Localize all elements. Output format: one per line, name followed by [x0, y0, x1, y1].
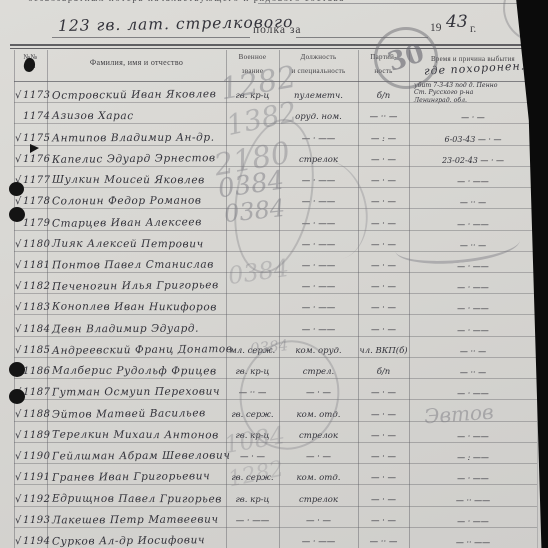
- row-name: Гутман Осмуип Перехович: [52, 386, 220, 399]
- corner-stamp-fragment: [503, 0, 548, 44]
- row-name: Шулкин Моисей Яковлев: [52, 174, 205, 187]
- row-note: — · —: [409, 113, 537, 122]
- row-party: — · —: [358, 155, 409, 165]
- row-rank: гв. кр-ц: [226, 495, 279, 505]
- row-number: 1178: [23, 196, 50, 207]
- row-party: — · —: [358, 431, 409, 441]
- row-checkmark: √: [15, 430, 21, 441]
- row-party: — · —: [358, 176, 409, 186]
- row-note: 6-03-43 — · —: [409, 135, 537, 144]
- row-name: Терелкин Михаил Антонов: [52, 428, 219, 441]
- row-party: б/п: [358, 367, 409, 377]
- row-checkmark: √: [15, 302, 21, 313]
- row-name: Гранев Иван Григорьевич: [52, 470, 210, 484]
- row-note: — ·· ——: [409, 496, 537, 505]
- row-number: 1176: [23, 154, 50, 165]
- ink-dot: [9, 362, 25, 377]
- header-text: Фамилия, имя и отчество: [47, 58, 226, 67]
- row-party: — · —: [358, 303, 409, 313]
- row-party: — · —: [358, 516, 409, 526]
- row-note: — · ——: [409, 432, 537, 441]
- row-checkmark: √: [15, 451, 21, 462]
- year-printed: 19: [430, 22, 442, 34]
- ink-dot: [9, 207, 25, 222]
- row-note: — ·· —: [409, 198, 537, 207]
- row-number: 1187: [23, 387, 50, 398]
- row-number: 1173: [23, 90, 50, 101]
- circular-stamp: 30: [374, 27, 438, 89]
- row-position: — · ——: [279, 261, 358, 271]
- row-checkmark: √: [15, 154, 21, 165]
- row-party: — ·· —: [358, 112, 409, 122]
- header-text: Военное: [226, 53, 279, 62]
- ink-mark: [30, 144, 39, 153]
- row-party: — ·· —: [358, 537, 409, 547]
- row-note: — ·· ——: [409, 538, 537, 547]
- table-row: √1194Сурков Ал-др Иосифович— · ——— ·· ——…: [14, 527, 537, 548]
- row-party: — : —: [358, 134, 409, 144]
- row-number: 1188: [23, 409, 50, 420]
- row-position: — · ——: [279, 303, 358, 313]
- row-party: — · —: [358, 388, 409, 398]
- row-note: — · ——: [409, 517, 537, 526]
- unit-underline: [52, 37, 250, 38]
- table-row: √1183Коноплев Иван Никифоров— · ——— · ——…: [14, 293, 537, 315]
- row-name: Печеногин Илья Григорьев: [52, 279, 219, 293]
- table-row: √1193Лакешев Петр Матвеевич— · ——— · —— …: [14, 506, 537, 528]
- table-row: √1192Едрищнов Павел Григорьевгв. кр-цстр…: [14, 484, 537, 506]
- row-note: — · ——: [409, 177, 537, 186]
- row-name: Островский Иван Яковлев: [52, 88, 217, 102]
- row-number: 1182: [23, 281, 50, 292]
- row-checkmark: √: [15, 90, 21, 101]
- row-checkmark: √: [15, 515, 21, 526]
- row-position: ком. отд.: [279, 473, 358, 483]
- printed-polka-za: полка за: [253, 24, 302, 36]
- row-name: Сурков Ал-др Иосифович: [52, 534, 205, 548]
- row-checkmark: √: [15, 494, 21, 505]
- row-name: Гейлшман Абрам Шевелович: [52, 450, 231, 463]
- row-party: — · —: [358, 282, 409, 292]
- row-number: 1190: [23, 451, 50, 462]
- row-note: — : ——: [409, 453, 537, 462]
- row-checkmark: √: [15, 472, 21, 483]
- row-name: Едрищнов Павел Григорьев: [52, 492, 222, 505]
- row-number: 1179: [23, 218, 50, 229]
- stamp-number: 30: [384, 38, 428, 78]
- row-checkmark: √: [15, 324, 21, 335]
- column-divider: [537, 50, 538, 548]
- scanned-document-page: безвозвратных потерь начальствующего и р…: [0, 0, 548, 548]
- row-checkmark: √: [15, 281, 21, 292]
- row-name: Старцев Иван Алексеев: [52, 216, 202, 230]
- table-row: √1184Девн Владимир Эдуард.— · ——— · —— ·…: [14, 314, 537, 336]
- row-checkmark: √: [15, 133, 21, 144]
- row-number: 1175: [23, 133, 50, 144]
- row-number: 1185: [23, 345, 50, 356]
- row-note: — ·· —: [409, 368, 537, 377]
- row-number: 1180: [23, 239, 50, 250]
- row-number: 1194: [23, 536, 50, 547]
- row-checkmark: √: [15, 260, 21, 271]
- row-position: — · ——: [279, 325, 358, 335]
- row-party: — · —: [358, 325, 409, 335]
- row-number: 1174: [23, 111, 50, 122]
- row-party: — · —: [358, 410, 409, 420]
- header-name: Фамилия, имя и отчество: [47, 58, 226, 67]
- row-note: — · ——: [409, 389, 537, 398]
- row-party: б/п: [358, 91, 409, 101]
- row-checkmark: √: [15, 239, 21, 250]
- double-rule-top: [10, 44, 540, 46]
- row-number: 1189: [23, 430, 50, 441]
- ruled-line: [258, 3, 518, 4]
- pencil-annotation: Эвтов: [423, 400, 494, 429]
- row-checkmark: √: [15, 196, 21, 207]
- row-number: 1177: [23, 175, 50, 186]
- row-name: Солонин Федор Романов: [52, 195, 202, 208]
- row-party: чл. ВКП(б): [358, 346, 409, 356]
- row-name: Лияк Алексей Петрович: [52, 237, 204, 250]
- row-name: Понтов Павел Станислав: [52, 259, 214, 272]
- row-note: — · ——: [409, 283, 537, 292]
- row-position: — · —: [279, 452, 358, 462]
- row-name: Эйтов Матвей Васильев: [52, 407, 206, 421]
- row-party: — · —: [358, 452, 409, 462]
- row-checkmark: √: [15, 345, 21, 356]
- row-note: — · ——: [409, 304, 537, 313]
- row-position: — · —: [279, 516, 358, 526]
- row-number: 1192: [23, 494, 50, 505]
- row-number: 1183: [23, 302, 50, 313]
- double-rule-bottom: [10, 48, 540, 50]
- row-checkmark: √: [15, 409, 21, 420]
- ink-dot: [9, 389, 25, 404]
- row-party: — · —: [358, 261, 409, 271]
- row-note: убит 7-3-43 под д. Пенно Ст. Русского р-…: [414, 82, 542, 104]
- row-name: Азизов Харас: [52, 110, 134, 122]
- row-name: Антипов Владимир Ан-др.: [52, 131, 215, 144]
- row-number: 1193: [23, 515, 50, 526]
- row-number: 1184: [23, 324, 50, 335]
- row-number: 1191: [23, 472, 50, 483]
- year-suffix: г.: [470, 23, 476, 35]
- ink-dot: [9, 182, 24, 196]
- row-party: — · —: [358, 495, 409, 505]
- row-position: — · ——: [279, 282, 358, 292]
- row-name: Андреевский Франц Донатов: [52, 343, 233, 357]
- row-name: Девн Владимир Эдуард.: [52, 322, 199, 335]
- row-name: Малберис Рудольф Фрицев: [52, 365, 217, 378]
- row-note: 23-02-43 — · —: [409, 156, 537, 165]
- row-name: Коноплев Иван Никифоров: [52, 301, 217, 314]
- row-note: — · ——: [409, 474, 537, 483]
- row-checkmark: √: [15, 536, 21, 547]
- row-position: стрелок: [279, 495, 358, 505]
- row-rank: — · ——: [226, 516, 279, 526]
- row-number: 1181: [23, 260, 50, 271]
- row-number: 1186: [23, 366, 50, 377]
- row-note: — · ——: [409, 326, 537, 335]
- row-name: Капелис Эдуард Эрнестов: [52, 152, 216, 166]
- row-party: — · —: [358, 473, 409, 483]
- year-handwritten: 43: [446, 12, 468, 32]
- row-name: Лакешев Петр Матвеевич: [52, 513, 219, 526]
- row-position: — · ——: [279, 537, 358, 547]
- row-note: — ·· —: [409, 347, 537, 356]
